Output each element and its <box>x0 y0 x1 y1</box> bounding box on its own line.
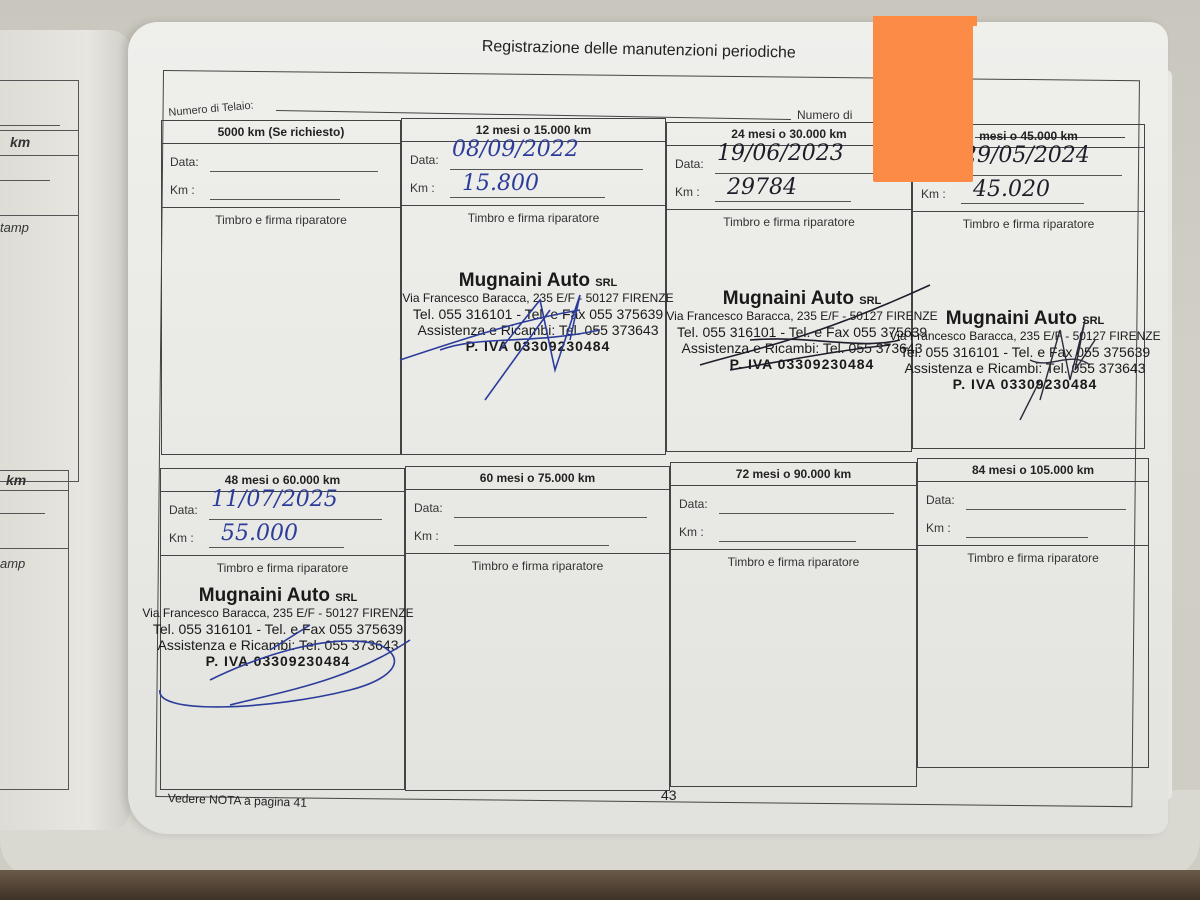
stamp-service: Assistenza e Ricambi: Tel. 055 373643 <box>388 322 688 338</box>
dealer-stamp: Mugnaini Auto SRL Via Francesco Baracca,… <box>128 585 428 669</box>
maintenance-cell: 84 mesi o 105.000 km Data: Km : Timbro e… <box>917 458 1149 768</box>
date-label: Data: <box>675 157 704 171</box>
interval-title: 84 mesi o 105.000 km <box>918 459 1148 482</box>
km-label: Km : <box>921 187 946 201</box>
handwritten-date: 11/07/2025 <box>211 487 338 512</box>
date-label: Data: <box>170 155 199 169</box>
stamp-piva: P. IVA 03309230484 <box>388 338 688 354</box>
handwritten-km: 45.020 <box>973 177 1050 202</box>
date-label: Data: <box>926 493 955 507</box>
km-label: Km : <box>410 181 435 195</box>
km-field[interactable] <box>450 197 605 198</box>
left-page: km tamp km amp <box>0 30 130 830</box>
km-field[interactable] <box>209 547 344 548</box>
date-field[interactable] <box>719 513 894 514</box>
cell-divider <box>918 545 1148 546</box>
interval-title: 5000 km (Se richiesto) <box>162 121 400 144</box>
km-field[interactable] <box>966 537 1088 538</box>
cell-divider <box>406 553 669 554</box>
km-label: Km : <box>169 531 194 545</box>
left-page-table-bottom <box>0 470 69 790</box>
date-label: Data: <box>410 153 439 167</box>
interval-title: 72 mesi o 90.000 km <box>671 463 916 486</box>
left-page-fragment: km <box>6 472 26 488</box>
km-label: Km : <box>675 185 700 199</box>
left-page-line <box>0 548 68 549</box>
date-label: Data: <box>169 503 198 517</box>
dealer-stamp: Mugnaini Auto SRL Via Francesco Baracca,… <box>388 270 688 354</box>
maintenance-cell: 72 mesi o 90.000 km Data: Km : Timbro e … <box>670 462 917 787</box>
stamp-service: Assistenza e Ricambi: Tel. 055 373643 <box>880 360 1170 376</box>
stamp-service: Assistenza e Ricambi: Tel. 055 373643 <box>128 637 428 653</box>
sign-label: Timbro e firma riparatore <box>161 561 404 575</box>
left-page-fragment: km <box>10 134 30 150</box>
stamp-suffix: SRL <box>859 295 881 307</box>
page-number: 43 <box>661 787 677 803</box>
interval-title: 60 mesi o 75.000 km <box>406 467 669 490</box>
stamp-suffix: SRL <box>335 592 357 604</box>
maintenance-cell: 60 mesi o 75.000 km Data: Km : Timbro e … <box>405 466 670 791</box>
handwritten-date: 19/06/2023 <box>717 141 844 166</box>
km-label: Km : <box>414 529 439 543</box>
stamp-name: Mugnaini Auto <box>946 308 1077 329</box>
sign-label: Timbro e firma riparatore <box>406 559 669 573</box>
stamp-name: Mugnaini Auto <box>723 288 854 309</box>
left-page-line <box>0 490 68 491</box>
cell-divider <box>913 211 1144 212</box>
maintenance-cell: 5000 km (Se richiesto) Data: Km : Timbro… <box>161 120 401 455</box>
km-label: Km : <box>679 525 704 539</box>
stamp-phone: Tel. 055 316101 - Tel. e Fax 055 375639 <box>128 621 428 637</box>
stamp-piva: P. IVA 03309230484 <box>880 376 1170 392</box>
km-field[interactable] <box>715 201 851 202</box>
cell-divider <box>671 549 916 550</box>
cell-divider <box>402 205 665 206</box>
sign-label: Timbro e firma riparatore <box>913 217 1144 231</box>
left-page-line <box>0 130 78 131</box>
stamp-suffix: SRL <box>595 277 617 289</box>
handwritten-km: 29784 <box>727 175 797 200</box>
sign-label: Timbro e firma riparatore <box>918 551 1148 565</box>
sticky-bookmark-tab[interactable] <box>873 18 973 182</box>
sign-label: Timbro e firma riparatore <box>162 213 400 227</box>
km-field[interactable] <box>210 199 340 200</box>
handwritten-date: 29/05/2024 <box>963 143 1090 168</box>
km-field[interactable] <box>961 203 1084 204</box>
stamp-name: Mugnaini Auto <box>459 270 590 291</box>
stamp-address: Via Francesco Baracca, 235 E/F - 50127 F… <box>128 607 428 621</box>
handwritten-km: 55.000 <box>221 521 298 546</box>
date-label: Data: <box>679 497 708 511</box>
sign-label: Timbro e firma riparatore <box>402 211 665 225</box>
km-label: Km : <box>926 521 951 535</box>
date-field[interactable] <box>209 519 382 520</box>
stamp-piva: P. IVA 03309230484 <box>128 653 428 669</box>
left-page-line <box>0 513 45 514</box>
date-field[interactable] <box>966 509 1126 510</box>
cell-divider <box>162 207 400 208</box>
km-field[interactable] <box>719 541 856 542</box>
desk-surface <box>0 870 1200 900</box>
date-field[interactable] <box>454 517 647 518</box>
stamp-name: Mugnaini Auto <box>199 585 330 606</box>
date-field[interactable] <box>961 175 1122 176</box>
left-page-line <box>0 155 78 156</box>
left-page-fragment: tamp <box>0 220 29 235</box>
date-label: Data: <box>414 501 443 515</box>
date-field[interactable] <box>715 173 889 174</box>
sign-label: Timbro e firma riparatore <box>671 555 916 569</box>
stamp-phone: Tel. 055 316101 - Tel. e Fax 055 375639 <box>880 344 1170 360</box>
stamp-address: Via Francesco Baracca, 235 E/F - 50127 F… <box>880 330 1170 344</box>
date-field[interactable] <box>450 169 643 170</box>
dealer-stamp: Mugnaini Auto SRL Via Francesco Baracca,… <box>880 308 1170 392</box>
date-field[interactable] <box>210 171 378 172</box>
km-field[interactable] <box>454 545 609 546</box>
sign-label: Timbro e firma riparatore <box>667 215 911 229</box>
km-label: Km : <box>170 183 195 197</box>
left-page-line <box>0 125 60 126</box>
cell-divider <box>667 209 911 210</box>
stamp-address: Via Francesco Baracca, 235 E/F - 50127 F… <box>388 292 688 306</box>
stamp-suffix: SRL <box>1082 315 1104 327</box>
stamp-phone: Tel. 055 316101 - Tel. e Fax 055 375639 <box>388 306 688 322</box>
numero-label: Numero di <box>797 108 852 122</box>
handwritten-km: 15.800 <box>462 171 539 196</box>
cell-divider <box>161 555 404 556</box>
left-page-fragment: amp <box>0 556 25 571</box>
left-page-line <box>0 180 50 181</box>
left-page-line <box>0 215 78 216</box>
handwritten-date: 08/09/2022 <box>452 137 579 162</box>
